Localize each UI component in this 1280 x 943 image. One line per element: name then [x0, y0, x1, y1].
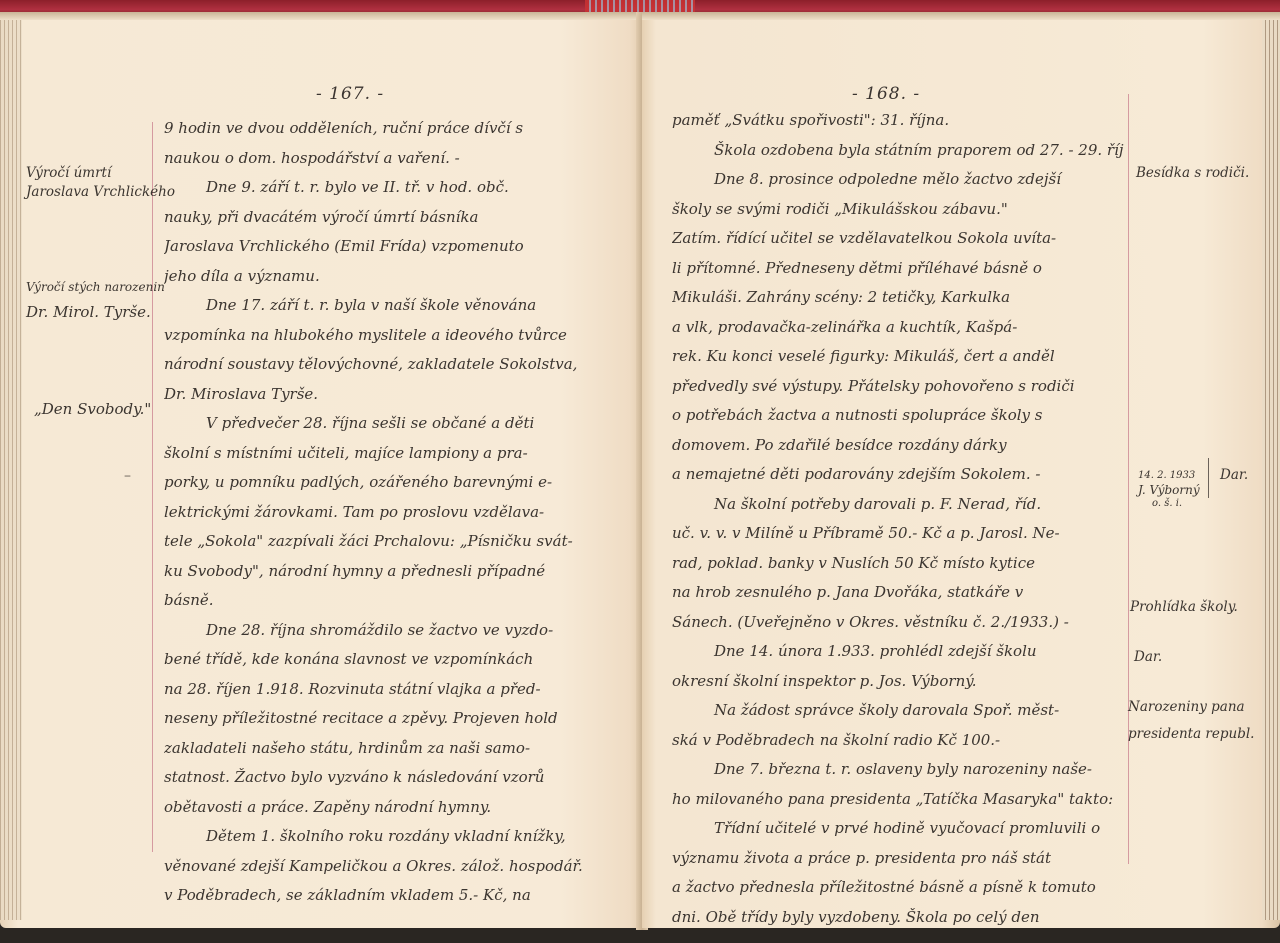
right-margin-rule — [1128, 94, 1129, 864]
page-number-right: - 168. - — [852, 84, 920, 104]
margin-note-line: Výročí úmrtí — [26, 164, 175, 183]
text-line: rad, poklad. banky v Nuslích 50 Kč místo… — [672, 549, 1124, 579]
text-line: Dr. Miroslava Tyrše. — [164, 380, 624, 410]
margin-note-line: Prohlídka školy. — [1130, 598, 1238, 617]
margin-note-den-svobody: „Den Svobody." — [34, 400, 151, 419]
text-line: obětavosti a práce. Zapěny národní hymny… — [164, 793, 624, 823]
text-line: básně. — [164, 586, 624, 616]
text-line: Třídní učitelé v prvé hodině vyučovací p… — [672, 814, 1124, 844]
text-line: na hrob zesnulého p. Jana Dvořáka, statk… — [672, 578, 1124, 608]
text-line: a žactvo přednesla příležitostné básně a… — [672, 873, 1124, 903]
text-line: věnované zdejší Kampeličkou a Okres. zál… — [164, 852, 624, 882]
text-line: bené třídě, kde konána slavnost ve vzpom… — [164, 645, 624, 675]
margin-note-line: Narozeniny pana — [1128, 698, 1254, 717]
text-line: ku Svobody", národní hymny a přednesli p… — [164, 557, 624, 587]
text-line: školy se svými rodiči „Mikulášskou zábav… — [672, 195, 1124, 225]
page-edges-left — [0, 20, 22, 920]
text-line: Škola ozdobena byla státním praporem od … — [672, 136, 1124, 166]
margin-note-line: Výročí stých narozenin — [26, 278, 165, 297]
text-line: okresní školní inspektor p. Jos. Výborný… — [672, 667, 1124, 697]
margin-note-line: presidenta republ. — [1128, 725, 1254, 744]
text-line: tele „Sokola" zazpívali žáci Prchalovu: … — [164, 527, 624, 557]
margin-dash: – — [124, 468, 131, 484]
margin-note-tyrs: Výročí stých narozenin Dr. Mirol. Tyrše. — [26, 278, 165, 322]
text-line: statnost. Žactvo bylo vyzváno k následov… — [164, 763, 624, 793]
text-line: neseny příležitostné recitace a zpěvy. P… — [164, 704, 624, 734]
text-line: v Poděbradech, se základním vkladem 5.- … — [164, 881, 624, 911]
text-line: V předvečer 28. října sešli se občané a … — [164, 409, 624, 439]
margin-note-prohlidka: Prohlídka školy. — [1130, 598, 1238, 617]
text-line: nauky, při dvacátém výročí úmrtí básníka — [164, 203, 624, 233]
text-line: předvedly své výstupy. Přátelsky pohovoř… — [672, 372, 1124, 402]
text-line: Mikuláši. Zahrány scény: 2 tetičky, Kark… — [672, 283, 1124, 313]
text-line: významu života a práce p. presidenta pro… — [672, 844, 1124, 874]
text-line: Dne 17. září t. r. byla v naší škole věn… — [164, 291, 624, 321]
text-line: 9 hodin ve dvou odděleních, ruční práce … — [164, 114, 624, 144]
text-line: Dne 28. října shromáždilo se žactvo ve v… — [164, 616, 624, 646]
right-page: - 168. - paměť „Svátku spořivosti": 31. … — [642, 12, 1280, 928]
text-line: lektrickými žárovkami. Tam po proslovu v… — [164, 498, 624, 528]
margin-note-line: Dr. Mirol. Tyrše. — [26, 303, 165, 322]
margin-note-vrchlicky: Výročí úmrtí Jaroslava Vrchlického — [26, 164, 175, 202]
text-line: uč. v. v. v Milíně u Příbramě 50.- Kč a … — [672, 519, 1124, 549]
right-page-text: paměť „Svátku spořivosti": 31. října.Ško… — [672, 106, 1124, 932]
margin-note-line: Dar. — [1220, 466, 1248, 485]
text-line: školní s místními učiteli, majíce lampio… — [164, 439, 624, 469]
text-line: zakladateli našeho státu, hrdinům za naš… — [164, 734, 624, 764]
text-line: domovem. Po zdařilé besídce rozdány dárk… — [672, 431, 1124, 461]
page-top-edge — [0, 12, 642, 20]
signature-title: o. š. i. — [1138, 498, 1200, 510]
page-top-edge — [642, 12, 1280, 20]
left-page: - 167. - 9 hodin ve dvou odděleních, ruč… — [0, 12, 642, 928]
inspector-signature: 14. 2. 1933 J. Výborný o. š. i. — [1138, 470, 1200, 510]
text-line: rek. Ku konci veselé figurky: Mikuláš, č… — [672, 342, 1124, 372]
margin-note-dar-2: Dar. — [1134, 648, 1162, 667]
signature-name: J. Výborný — [1138, 482, 1200, 498]
text-line: vzpomínka na hlubokého myslitele a ideov… — [164, 321, 624, 351]
text-line: Na žádost správce školy darovala Spoř. m… — [672, 696, 1124, 726]
text-line: Sánech. (Uveřejněno v Okres. věstníku č.… — [672, 608, 1124, 638]
margin-note-line: Jaroslava Vrchlického — [26, 183, 175, 202]
text-line: Dne 7. března t. r. oslaveny byly naroze… — [672, 755, 1124, 785]
text-line: naukou o dom. hospodářství a vaření. - — [164, 144, 624, 174]
margin-note-line: Besídka s rodiči. — [1136, 164, 1249, 183]
text-line: o potřebách žactva a nutnosti spolupráce… — [672, 401, 1124, 431]
signature-date: 14. 2. 1933 — [1138, 470, 1200, 482]
open-book: - 167. - 9 hodin ve dvou odděleních, ruč… — [0, 12, 1280, 930]
text-line: dni. Obě třídy byly vyzdobeny. Škola po … — [672, 903, 1124, 933]
text-line: Dne 9. září t. r. bylo ve II. tř. v hod.… — [164, 173, 624, 203]
text-line: Dne 8. prosince odpoledne mělo žactvo zd… — [672, 165, 1124, 195]
text-line: národní soustavy tělovýchovné, zakladate… — [164, 350, 624, 380]
signature-divider — [1208, 458, 1209, 498]
text-line: Dne 14. února 1.933. prohlédl zdejší ško… — [672, 637, 1124, 667]
text-line: Dětem 1. školního roku rozdány vkladní k… — [164, 822, 624, 852]
text-line: jeho díla a významu. — [164, 262, 624, 292]
text-line: a nemajetné děti podarovány zdejším Soko… — [672, 460, 1124, 490]
text-line: ská v Poděbradech na školní radio Kč 100… — [672, 726, 1124, 756]
text-line: Zatím. řídící učitel se vzdělavatelkou S… — [672, 224, 1124, 254]
margin-note-line: „Den Svobody." — [34, 400, 151, 419]
text-line: Na školní potřeby darovali p. F. Nerad, … — [672, 490, 1124, 520]
text-line: a vlk, prodavačka-zelinářka a kuchtík, K… — [672, 313, 1124, 343]
margin-note-line: Dar. — [1134, 648, 1162, 667]
text-line: porky, u pomníku padlých, ozářeného bare… — [164, 468, 624, 498]
text-line: na 28. říjen 1.918. Rozvinuta státní vla… — [164, 675, 624, 705]
page-edges-right — [1262, 20, 1280, 920]
text-line: li přítomné. Předneseny dětmi příléhavé … — [672, 254, 1124, 284]
text-line: ho milovaného pana presidenta „Tatíčka M… — [672, 785, 1124, 815]
margin-note-dar-1: Dar. — [1220, 466, 1248, 485]
margin-note-besidka: Besídka s rodiči. — [1136, 164, 1249, 183]
left-margin-rule — [152, 122, 153, 852]
text-line: paměť „Svátku spořivosti": 31. října. — [672, 106, 1124, 136]
page-number-left: - 167. - — [316, 84, 384, 104]
text-line: Jaroslava Vrchlického (Emil Frída) vzpom… — [164, 232, 624, 262]
left-page-text: 9 hodin ve dvou odděleních, ruční práce … — [164, 114, 624, 911]
margin-note-narozeniny: Narozeniny pana presidenta republ. — [1128, 698, 1254, 744]
